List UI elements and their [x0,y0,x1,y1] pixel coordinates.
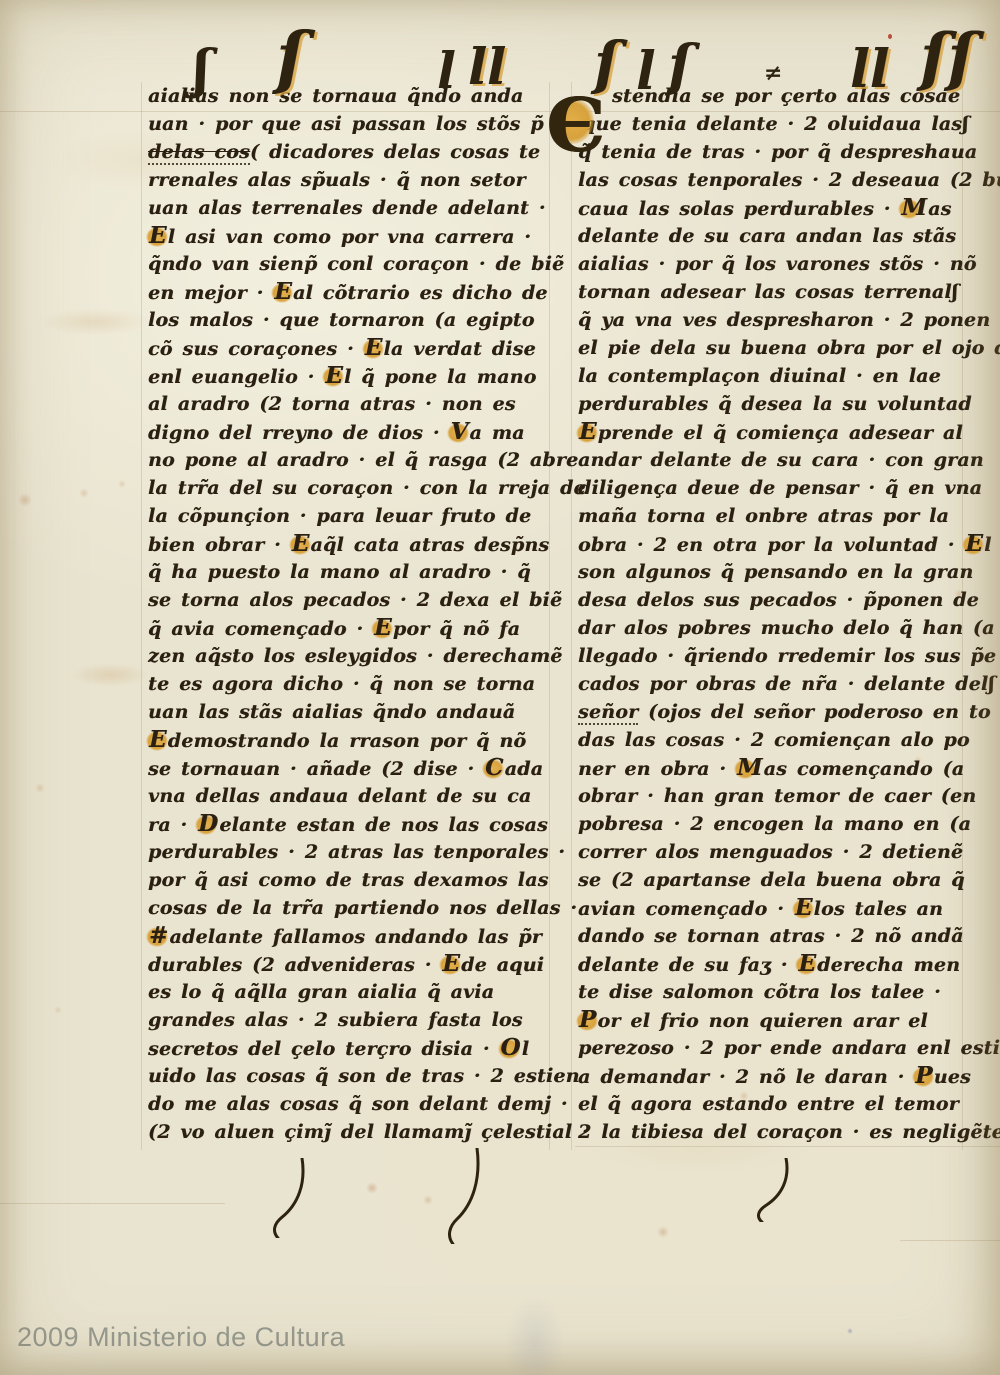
text-segment: E [148,222,168,250]
text-segment: D [197,810,219,838]
ascender-flourish: ≠ [764,62,782,84]
text-segment: E [797,950,817,978]
ascender-flourish: ll [468,42,506,92]
descender-flourish [443,1148,485,1244]
descender-flourish [752,1158,794,1222]
text-segment: E [964,530,984,558]
text-segment: E [578,418,598,446]
text-segment: O [500,1034,522,1062]
ascender-flourish: ʃ [193,44,210,96]
text-segment: E [794,894,814,922]
manuscript-page-photo: { "document": { "kind": "medieval-manusc… [0,0,1000,1375]
text-segment: M [900,194,928,222]
text-segment: E [148,726,168,754]
ascender-flourish: l [437,46,456,96]
text-segment: M [736,754,764,782]
text-segment: P [578,1006,598,1034]
illuminated-initial-E: Є [546,84,608,168]
text-segment: E [324,362,344,390]
text-segment: C [484,754,505,782]
text-segment: P [914,1062,934,1090]
text-segment: E [441,950,461,978]
ascender-flourish: ſ [276,24,305,92]
ascender-flourish: ſſ [920,26,975,90]
text-segment: E [373,614,393,642]
text-segment: E [291,530,311,558]
ascender-flourish: ſ [668,38,692,94]
text-segment: E [364,334,384,362]
text-segment: # [148,922,169,950]
text-segment: V [449,418,469,446]
text-segment: E [273,278,293,306]
page-edge-vignette [0,0,1000,1375]
ascender-flourish: l [636,46,656,98]
descender-flourish [268,1158,310,1238]
ascender-flourish: ll [850,44,890,96]
